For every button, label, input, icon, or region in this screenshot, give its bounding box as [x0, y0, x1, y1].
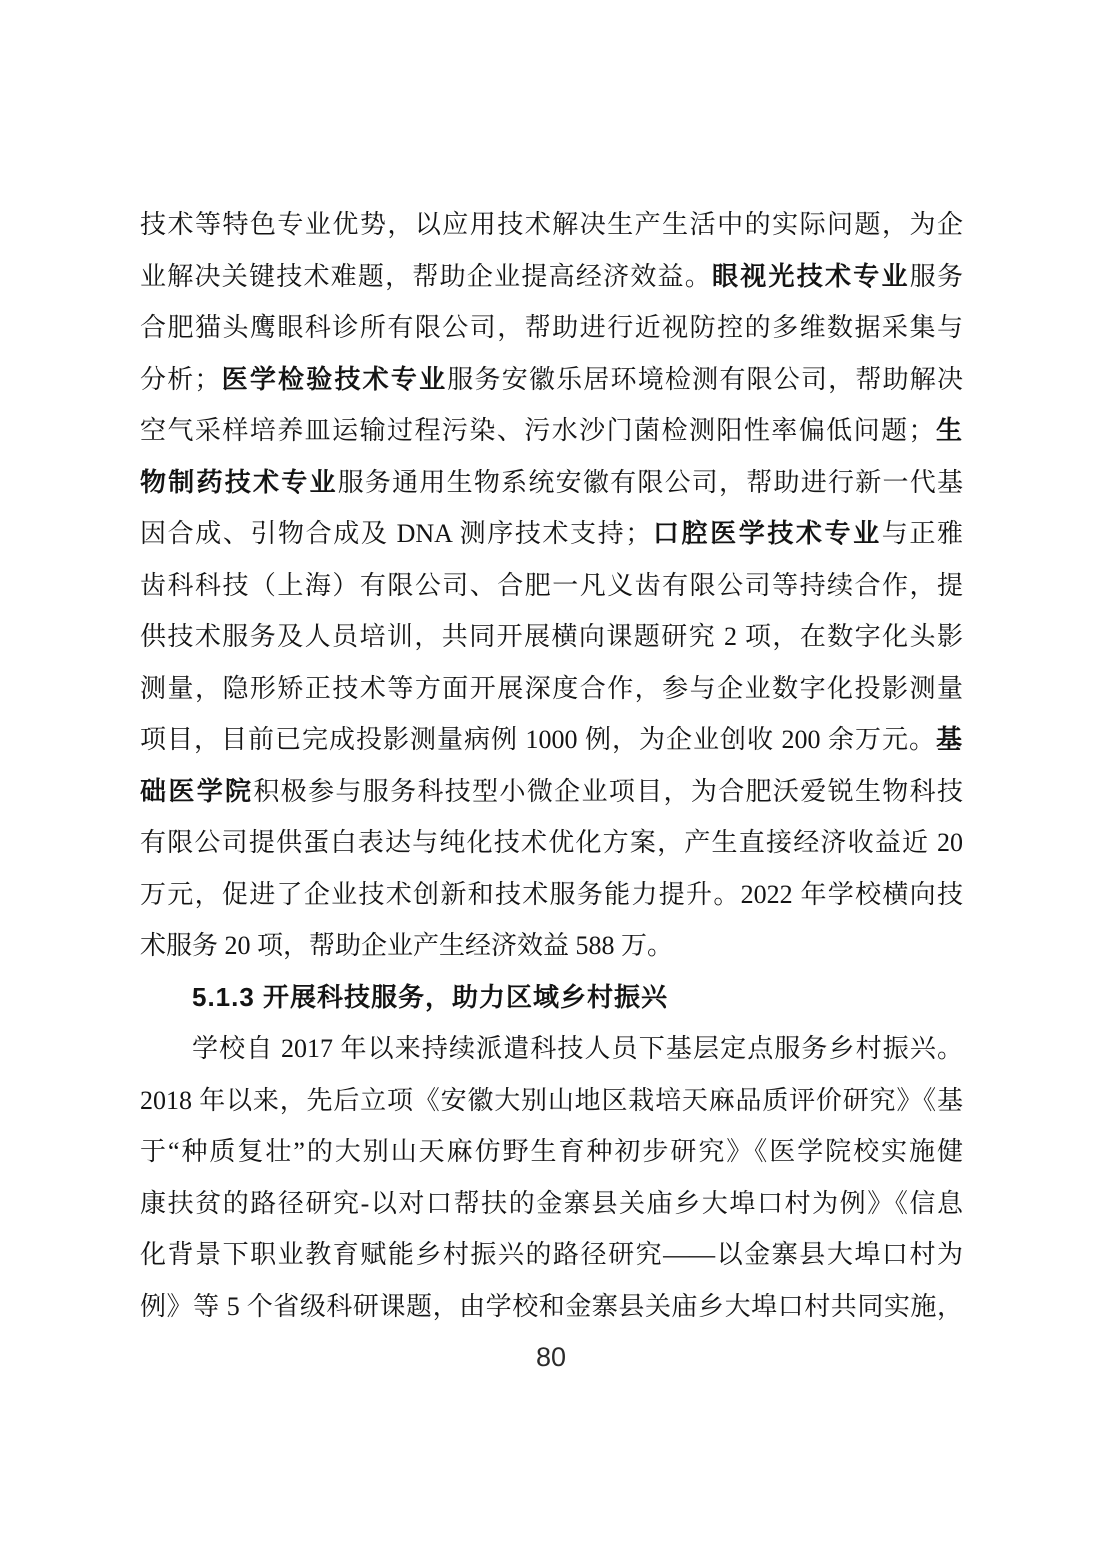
text-segment: 2018 年以来，先后立项《安徽大别山地区栽培天麻品质评价研究》《基 [140, 1086, 963, 1115]
text-line: 分析；医学检验技术专业服务安徽乐居环境检测有限公司，帮助解决 [140, 354, 963, 406]
text-segment: 空气采样培养皿运输过程污染、污水沙门菌检测阳性率偏低问题； [140, 416, 935, 445]
text-line: 因合成、引物合成及 DNA 测序技术支持；口腔医学技术专业与正雅 [140, 508, 963, 560]
text-line: 测量，隐形矫正技术等方面开展深度合作，参与企业数字化投影测量 [140, 663, 963, 715]
text-line: 齿科科技（上海）有限公司、合肥一凡义齿有限公司等持续合作，提 [140, 560, 963, 612]
text-segment: 因合成、引物合成及 DNA 测序技术支持； [140, 519, 651, 548]
text-segment: 化背景下职业教育赋能乡村振兴的路径研究——以金寨县大埠口村为 [140, 1240, 963, 1269]
text-line: 技术等特色专业优势，以应用技术解决生产生活中的实际问题，为企 [140, 199, 963, 251]
text-segment: 服务安徽乐居环境检测有限公司，帮助解决 [447, 365, 963, 394]
document-page: 技术等特色专业优势，以应用技术解决生产生活中的实际问题，为企业解决关键技术难题，… [0, 0, 1102, 1559]
text-segment: 服务通用生物系统安徽有限公司，帮助进行新一代基 [338, 468, 963, 497]
text-line: 有限公司提供蛋白表达与纯化技术优化方案，产生直接经济收益近 20 [140, 817, 963, 869]
text-segment: 与正雅 [882, 519, 963, 548]
text-segment: 合肥猫头鹰眼科诊所有限公司，帮助进行近视防控的多维数据采集与 [140, 313, 963, 342]
text-segment: 供技术服务及人员培训，共同开展横向课题研究 2 项，在数字化头影 [140, 622, 963, 651]
text-segment: 术服务 20 项，帮助企业产生经济效益 588 万。 [140, 931, 673, 960]
text-segment: 分析； [140, 365, 220, 394]
text-segment: 技术等特色专业优势，以应用技术解决生产生活中的实际问题，为企 [140, 210, 963, 239]
emphasis-text: 5.1.3 开展科技服务，助力区域乡村振兴 [192, 982, 668, 1012]
text-line: 供技术服务及人员培训，共同开展横向课题研究 2 项，在数字化头影 [140, 611, 963, 663]
text-segment: 测量，隐形矫正技术等方面开展深度合作，参与企业数字化投影测量 [140, 674, 963, 703]
text-line: 物制药技术专业服务通用生物系统安徽有限公司，帮助进行新一代基 [140, 457, 963, 509]
emphasis-text: 口腔医学技术专业 [651, 518, 882, 548]
text-line: 学校自 2017 年以来持续派遣科技人员下基层定点服务乡村振兴。 [140, 1023, 963, 1075]
section-heading: 5.1.3 开展科技服务，助力区域乡村振兴 [140, 972, 963, 1024]
emphasis-text: 物制药技术专业 [140, 467, 338, 497]
text-segment: 积极参与服务科技型小微企业项目，为合肥沃爱锐生物科技 [253, 777, 963, 806]
text-segment: 项目，目前已完成投影测量病例 1000 例，为企业创收 200 余万元。 [140, 725, 936, 754]
text-line: 化背景下职业教育赋能乡村振兴的路径研究——以金寨县大埠口村为 [140, 1229, 963, 1281]
text-line: 万元，促进了企业技术创新和技术服务能力提升。2022 年学校横向技 [140, 869, 963, 921]
emphasis-text: 基 [936, 724, 963, 754]
emphasis-text: 生 [935, 415, 963, 445]
text-line: 业解决关键技术难题，帮助企业提高经济效益。眼视光技术专业服务 [140, 251, 963, 303]
emphasis-text: 医学检验技术专业 [220, 364, 447, 394]
text-segment: 有限公司提供蛋白表达与纯化技术优化方案，产生直接经济收益近 20 [140, 828, 963, 857]
text-segment: 齿科科技（上海）有限公司、合肥一凡义齿有限公司等持续合作，提 [140, 571, 963, 600]
text-line: 合肥猫头鹰眼科诊所有限公司，帮助进行近视防控的多维数据采集与 [140, 302, 963, 354]
text-segment: 服务 [910, 262, 963, 291]
text-segment: 例》等 5 个省级科研课题，由学校和金寨县关庙乡大埠口村共同实施， [140, 1292, 963, 1321]
page-number: 80 [0, 1340, 1102, 1374]
text-segment: 康扶贫的路径研究-以对口帮扶的金寨县关庙乡大埠口村为例》《信息 [140, 1189, 963, 1218]
text-line: 康扶贫的路径研究-以对口帮扶的金寨县关庙乡大埠口村为例》《信息 [140, 1178, 963, 1230]
emphasis-text: 础医学院 [140, 776, 253, 806]
text-segment: 学校自 2017 年以来持续派遣科技人员下基层定点服务乡村振兴。 [192, 1034, 963, 1063]
emphasis-text: 眼视光技术专业 [712, 261, 910, 291]
text-line: 术服务 20 项，帮助企业产生经济效益 588 万。 [140, 920, 963, 972]
text-segment: 于“种质复壮”的大别山天麻仿野生育种初步研究》《医学院校实施健 [140, 1137, 963, 1166]
text-content: 技术等特色专业优势，以应用技术解决生产生活中的实际问题，为企业解决关键技术难题，… [140, 199, 963, 1332]
text-segment: 万元，促进了企业技术创新和技术服务能力提升。2022 年学校横向技 [140, 880, 963, 909]
text-line: 例》等 5 个省级科研课题，由学校和金寨县关庙乡大埠口村共同实施， [140, 1281, 963, 1333]
text-line: 空气采样培养皿运输过程污染、污水沙门菌检测阳性率偏低问题；生 [140, 405, 963, 457]
text-line: 于“种质复壮”的大别山天麻仿野生育种初步研究》《医学院校实施健 [140, 1126, 963, 1178]
text-line: 项目，目前已完成投影测量病例 1000 例，为企业创收 200 余万元。基 [140, 714, 963, 766]
text-segment: 业解决关键技术难题，帮助企业提高经济效益。 [140, 262, 712, 291]
text-line: 2018 年以来，先后立项《安徽大别山地区栽培天麻品质评价研究》《基 [140, 1075, 963, 1127]
text-line: 础医学院积极参与服务科技型小微企业项目，为合肥沃爱锐生物科技 [140, 766, 963, 818]
